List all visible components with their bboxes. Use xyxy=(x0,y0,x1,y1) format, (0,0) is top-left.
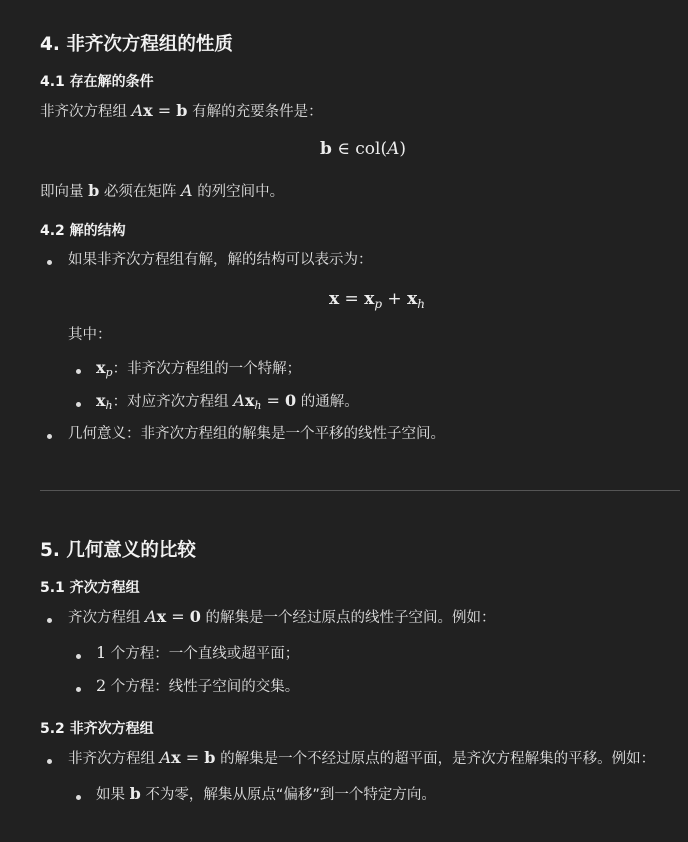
bullet-icon xyxy=(76,402,81,407)
section-4-2-heading: 4.2 解的结构 xyxy=(40,220,126,240)
section-5-1-heading: 5.1 齐次方程组 xyxy=(40,577,140,597)
display-math-b-in-colA: b ∈ col(A) xyxy=(320,139,406,159)
section-5-heading: 5. 几何意义的比较 xyxy=(40,536,196,562)
horizontal-divider xyxy=(40,490,680,491)
bullet-icon xyxy=(47,759,52,764)
display-math-x-eq-xp-plus-xh: x = xp + xh xyxy=(329,289,425,311)
list-item-geometric-meaning: 几何意义：非齐次方程组的解集是一个平移的线性子空间。 xyxy=(68,424,445,444)
list-item-solution-structure: 如果非齐次方程组有解，解的结构可以表示为： xyxy=(68,250,373,270)
list-item-nonhomogeneous: 非齐次方程组 Ax = b 的解集是一个不经过原点的超平面，是齐次方程解集的平移… xyxy=(68,748,655,769)
paragraph-column-space: 即向量 b 必须在矩阵 A 的列空间中。 xyxy=(40,181,284,202)
list-item-particular-solution: xp：非齐次方程组的一个特解； xyxy=(96,358,301,379)
paragraph-existence-condition: 非齐次方程组 Ax = b 有解的充要条件是： xyxy=(40,101,323,122)
math-Ax-eq-b: Ax = b xyxy=(132,101,188,120)
text: 有解的充要条件是： xyxy=(192,104,323,120)
list-item-two-equations: 2 个方程：线性子空间的交集。 xyxy=(96,676,299,697)
list-item-offset: 如果 b 不为零，解集从原点“偏移”到一个特定方向。 xyxy=(96,784,436,805)
section-5-2-heading: 5.2 非齐次方程组 xyxy=(40,718,154,738)
bullet-icon xyxy=(76,795,81,800)
list-item-one-equation: 1 个方程：一个直线或超平面； xyxy=(96,643,299,664)
bullet-icon xyxy=(76,687,81,692)
list-item-general-solution: xh：对应齐次方程组 Axh = 0 的通解。 xyxy=(96,391,359,412)
bullet-icon xyxy=(76,654,81,659)
bullet-icon xyxy=(76,369,81,374)
section-4-heading: 4. 非齐次方程组的性质 xyxy=(40,30,233,56)
list-item-homogeneous: 齐次方程组 Ax = 0 的解集是一个经过原点的线性子空间。例如： xyxy=(68,607,496,628)
section-4-1-heading: 4.1 存在解的条件 xyxy=(40,71,154,91)
bullet-icon xyxy=(47,434,52,439)
bullet-icon xyxy=(47,260,52,265)
bullet-icon xyxy=(47,618,52,623)
document-content: 4. 非齐次方程组的性质 4.1 存在解的条件 非齐次方程组 Ax = b 有解… xyxy=(0,0,688,842)
text: 非齐次方程组 xyxy=(40,104,127,120)
where-label: 其中： xyxy=(68,325,112,345)
